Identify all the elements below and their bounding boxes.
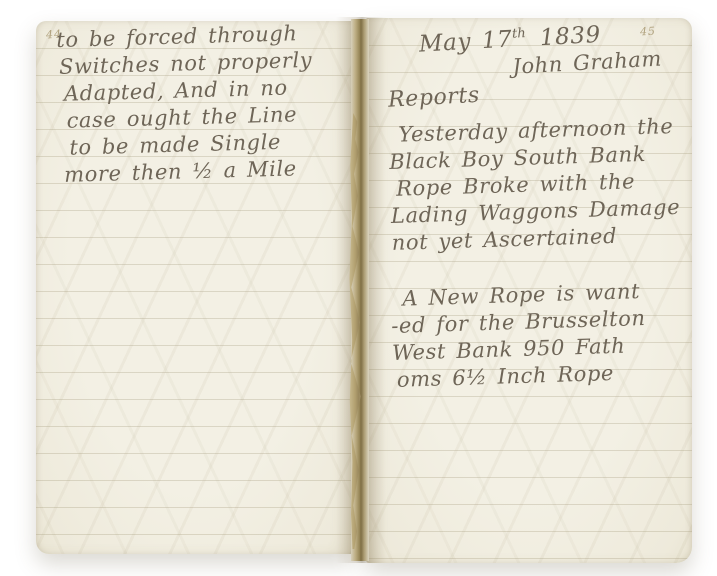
photo-background: 44 to be forced through Switches not pro… — [0, 0, 717, 576]
entry-date-day: May 17 — [418, 26, 513, 57]
left-page-text: to be forced through Switches not proper… — [56, 20, 316, 189]
open-notebook: 44 to be forced through Switches not pro… — [36, 17, 692, 563]
manuscript-line: more then ½ a Mile — [64, 155, 316, 189]
left-page: 44 to be forced through Switches not pro… — [36, 21, 354, 554]
entry-date-year: 1839 — [539, 21, 601, 50]
entry-heading: May 17th1839 John Graham Reports — [418, 13, 664, 112]
report-paragraph-rope-broke: Yesterday afternoon the Black Boy South … — [388, 113, 681, 257]
entry-date-ordinal: th — [512, 26, 526, 42]
right-page: 45 May 17th1839 John Graham Reports Yest… — [366, 18, 692, 563]
report-paragraph-new-rope: A New Rope is want -ed for the Brusselto… — [390, 278, 648, 394]
